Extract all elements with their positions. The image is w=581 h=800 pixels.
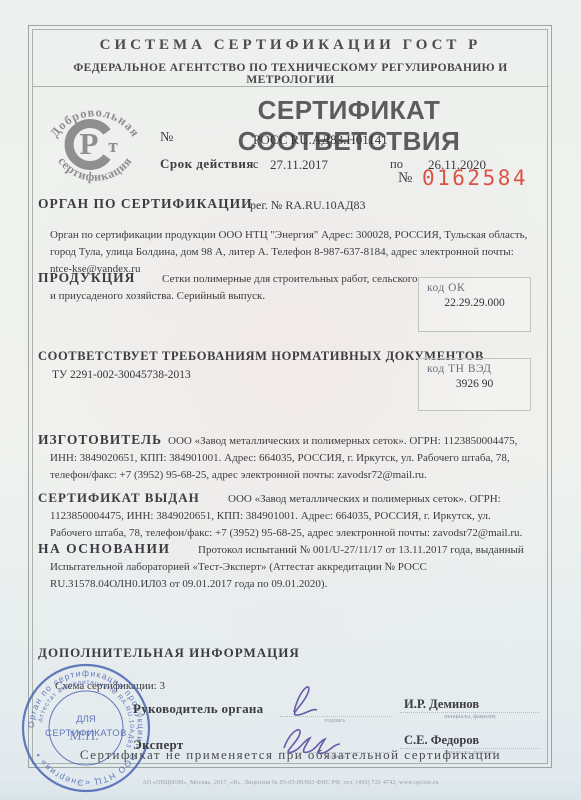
issued-to-text: ООО «Завод металлических и полимерных се… <box>50 491 534 542</box>
blank-number-label: № <box>398 170 412 187</box>
basis-text: Протокол испытаний № 001/U-27/11/17 от 1… <box>50 542 534 593</box>
logo-letter-t: т <box>108 136 118 157</box>
logo-letter-r: Р <box>80 126 99 161</box>
certificate-page: СИСТЕМА СЕРТИФИКАЦИИ ГОСТ Р ФЕДЕРАЛЬНОЕ … <box>0 0 581 800</box>
ok-code-value: 22.29.29.000 <box>419 294 530 309</box>
footer-note: Сертификат не применяется при обязательн… <box>32 747 549 763</box>
manufacturer-text: ООО «Завод металлических и полимерных се… <box>50 433 534 484</box>
validity-from-date: 27.11.2017 <box>270 157 328 173</box>
expert-name: С.Е. Федоров <box>404 733 479 748</box>
head-name-line <box>400 712 540 713</box>
validity-label: Срок действия <box>160 156 254 172</box>
production-text: Сетки полимерные для строительных работ,… <box>50 271 422 305</box>
rst-logo-icon: Добровольная сертификация Р т <box>40 86 150 198</box>
tn-ved-code-box: код ТН ВЭД 3926 90 <box>418 358 531 411</box>
validity-from-label: с <box>253 157 259 172</box>
stamp-center-line1: ДЛЯ <box>76 714 96 725</box>
certification-body-heading: ОРГАН ПО СЕРТИФИКАЦИИ <box>38 196 253 212</box>
stamp-mp-text: М.П. <box>69 729 99 744</box>
agency-title: ФЕДЕРАЛЬНОЕ АГЕНТСТВО ПО ТЕХНИЧЕСКОМУ РЕ… <box>30 62 551 86</box>
certificate-number-value: РОСС RU.АД83.Н01141 <box>253 132 388 148</box>
ok-code-label: код ОК <box>419 278 530 294</box>
certificate-number-label: № <box>160 130 173 146</box>
compliance-document: ТУ 2291-002-30045738-2013 <box>52 369 191 381</box>
ok-code-box: код ОК 22.29.29.000 <box>418 277 531 332</box>
certification-body-reg-number: рег. № RA.RU.10АД83 <box>250 198 366 213</box>
certification-stamp: Орган по сертификации продукции • ООО НТ… <box>10 652 162 800</box>
head-name: И.Р. Деминов <box>404 697 479 712</box>
print-house-info: АО «ОПЦИОН», Москва, 2017, «В». Лицензия… <box>0 780 581 786</box>
head-of-body-role: Руководитель органа <box>133 701 263 717</box>
blank-number-value: 0162584 <box>422 166 528 190</box>
tn-ved-code-label: код ТН ВЭД <box>419 359 530 375</box>
tn-ved-code-value: 3926 90 <box>419 375 530 390</box>
system-title: СИСТЕМА СЕРТИФИКАЦИИ ГОСТ Р <box>30 37 551 54</box>
head-name-caption: инициалы, фамилия <box>410 714 530 720</box>
head-signature-stroke <box>294 687 317 715</box>
